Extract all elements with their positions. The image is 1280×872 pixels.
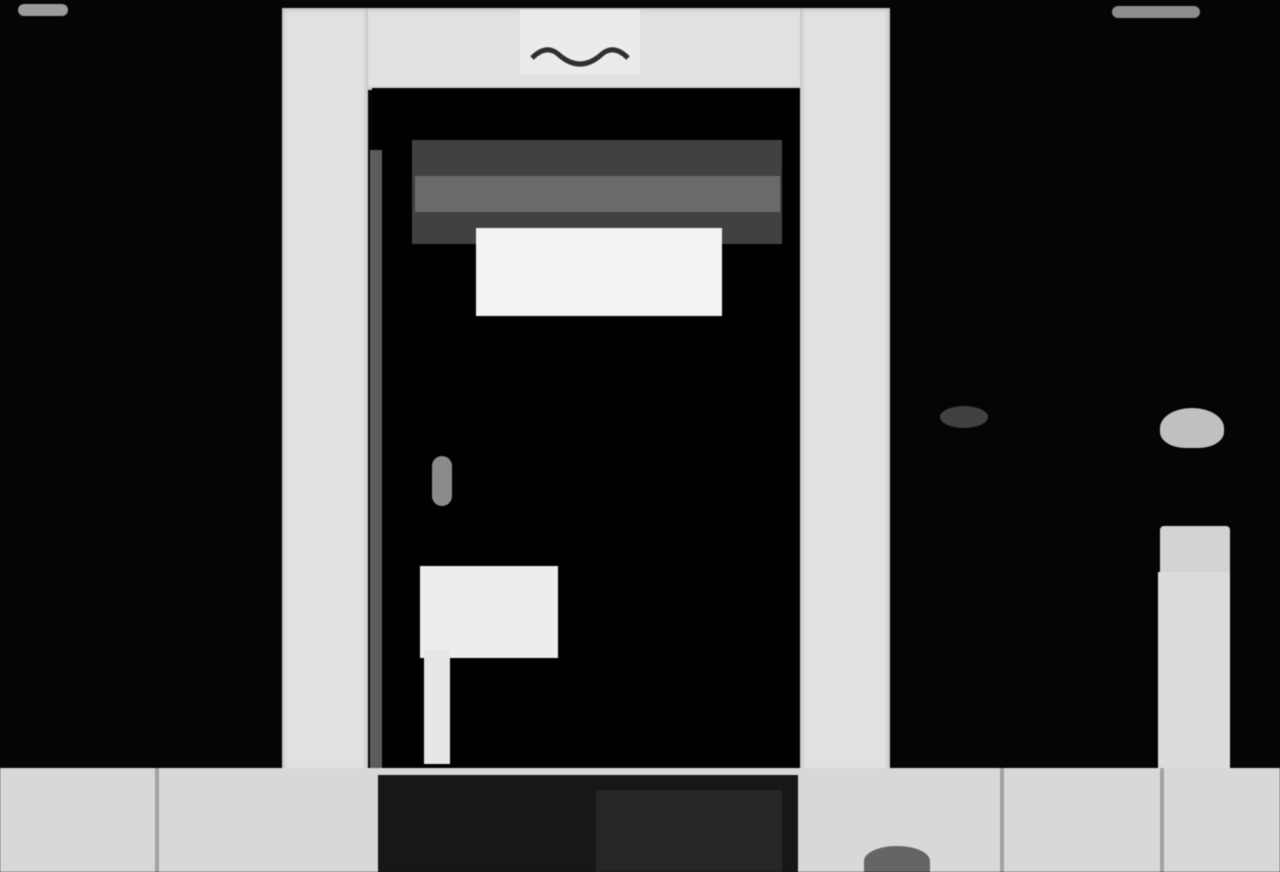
dim-object bbox=[940, 406, 988, 428]
pillar-cap bbox=[1160, 526, 1230, 572]
door-frame-left bbox=[282, 8, 368, 774]
transom-bar bbox=[415, 176, 780, 212]
threshold-step bbox=[596, 790, 782, 872]
photo-scene bbox=[0, 0, 1280, 872]
door-frame-right bbox=[800, 8, 890, 783]
small-sign bbox=[420, 566, 558, 658]
distant-light-left bbox=[18, 4, 68, 16]
step-joint bbox=[1000, 768, 1004, 872]
foreground-object bbox=[864, 846, 930, 872]
door-jamb-edge bbox=[370, 150, 382, 770]
step-joint bbox=[1160, 768, 1164, 872]
keystone-wave-icon bbox=[528, 40, 632, 70]
illuminated-sign bbox=[476, 228, 722, 316]
step-joint bbox=[155, 768, 159, 872]
door-handle bbox=[432, 456, 452, 506]
pillar bbox=[1158, 572, 1230, 792]
lamp-globe bbox=[1160, 408, 1224, 448]
sign-post bbox=[424, 650, 450, 764]
distant-light-right bbox=[1112, 6, 1200, 18]
